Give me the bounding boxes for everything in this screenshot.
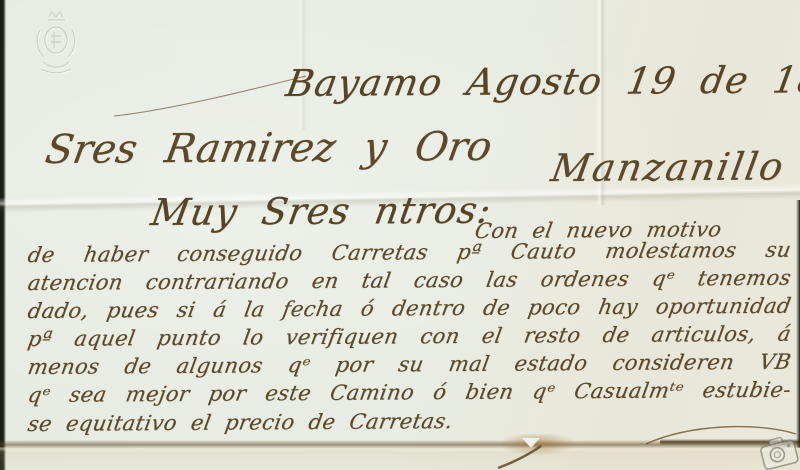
salutation: Muy Sres ntros: xyxy=(148,189,495,234)
backdrop-left-edge xyxy=(0,0,6,470)
body-line: atencion contrariando en tal caso las or… xyxy=(26,266,793,295)
backdrop-right-edge xyxy=(796,200,800,448)
dateline: Bayamo Agosto 19 de 1859 xyxy=(283,58,800,105)
embossed-seal-icon xyxy=(30,8,82,78)
fold-tear-notch xyxy=(522,438,540,448)
body-line: pª aquel punto lo verifiquen con el rest… xyxy=(26,322,793,351)
destination: Manzanillo xyxy=(548,144,788,190)
addressee: Sres Ramirez y Oro xyxy=(42,124,495,173)
letter-photo: Bayamo Agosto 19 de 1859 Sres Ramirez y … xyxy=(0,0,800,470)
body-line: de haber conseguido Carretas pª Cauto mo… xyxy=(26,238,793,267)
pen-flourish-lead xyxy=(110,70,310,122)
paper-below-fold xyxy=(0,447,800,470)
body-line: se equitativo el precio de Carretas. xyxy=(26,409,455,436)
bottom-fold-dark-segment xyxy=(660,438,800,446)
body-line: menos de algunos qᵉ por su mal estado co… xyxy=(26,350,793,379)
body-line: dado, pues si á la fecha ó dentro de poc… xyxy=(26,294,793,323)
body-line: qᵉ sea mejor por este Camino ó bien qᵉ C… xyxy=(26,378,793,407)
